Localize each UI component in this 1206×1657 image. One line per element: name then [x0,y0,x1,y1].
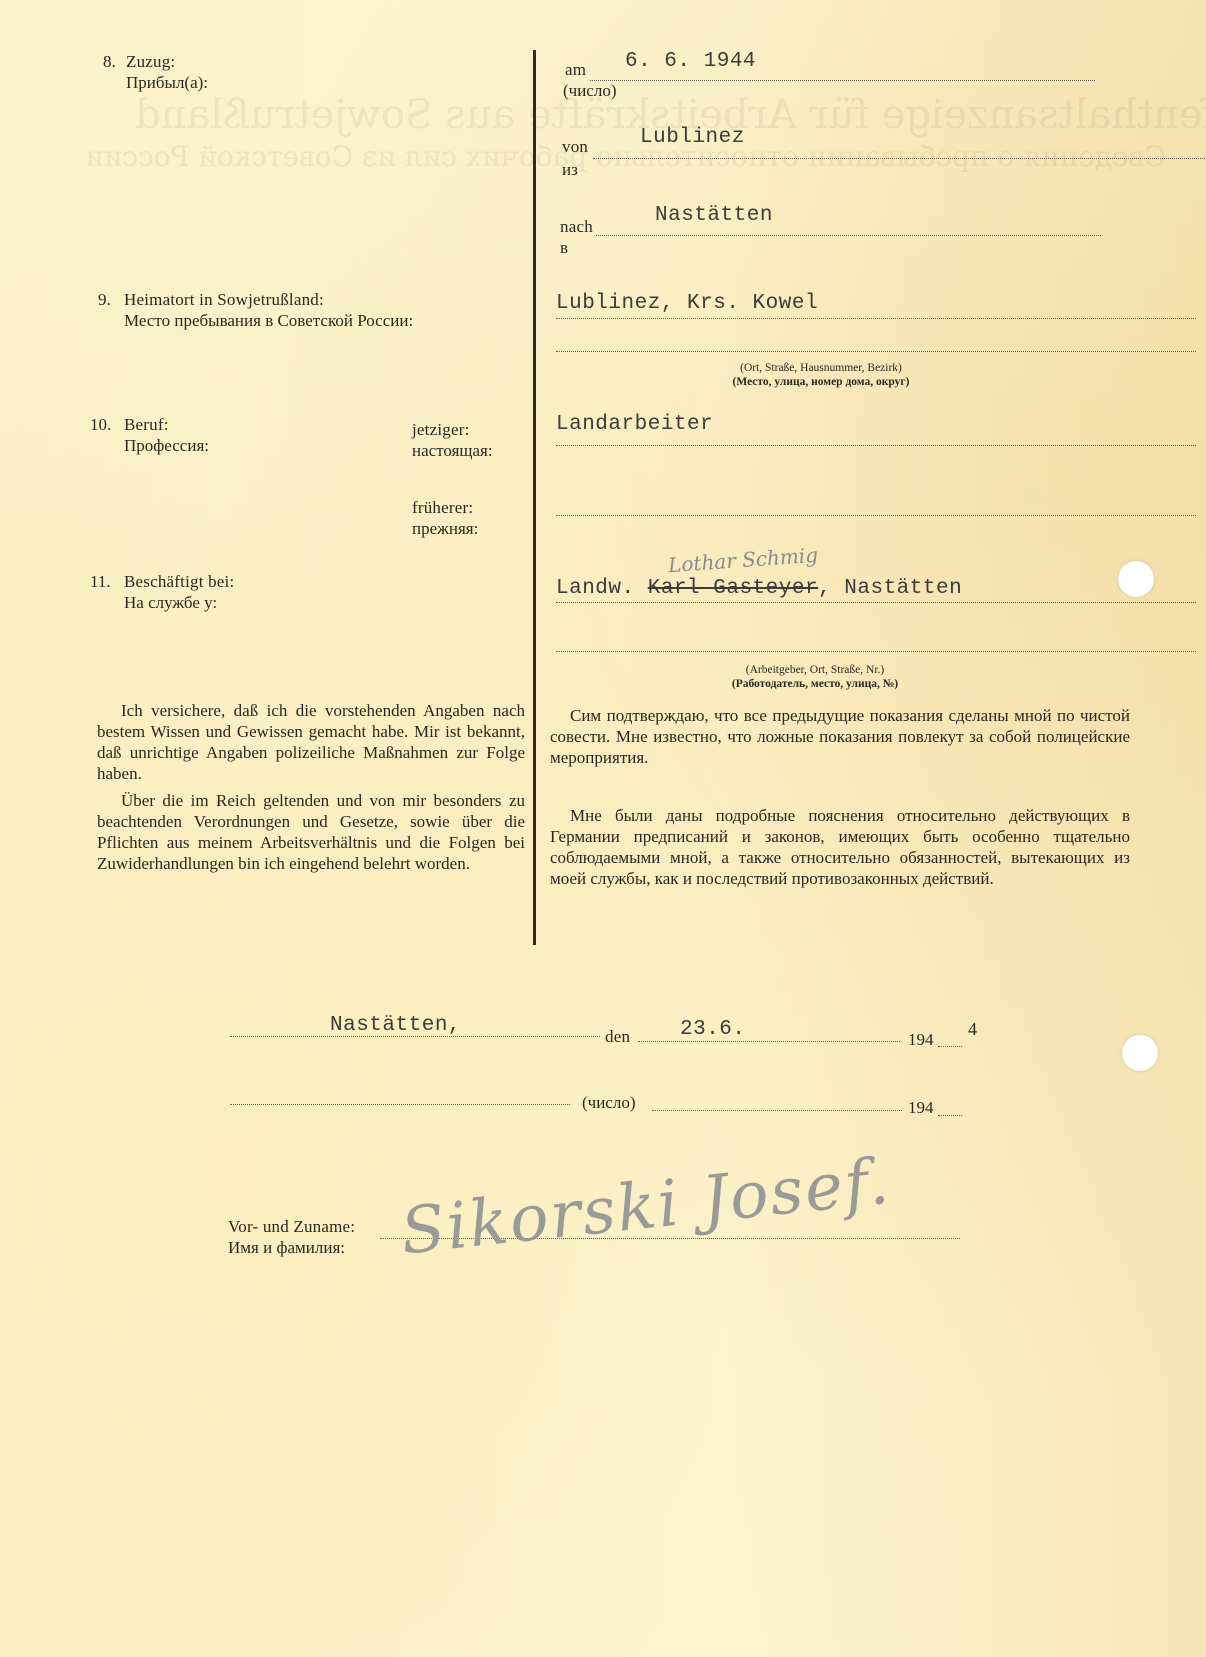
item10-current-value[interactable]: Landarbeiter [556,413,713,436]
item9-line-1 [556,318,1196,319]
item8-von-line [593,158,1205,159]
item9-label-de: Heimatort in Sowjetrußland: [124,290,324,310]
item11-label-de: Beschäftigt bei: [124,572,234,592]
declaration-ru-p1: Сим подтверждаю, что все предыдущие пока… [550,705,1130,768]
item9-line-2 [556,351,1196,352]
ru-year-line [938,1115,962,1116]
item11-prefix: Landw. [556,577,635,600]
item8-nach-sub: в [560,238,568,258]
signature-label-de: Vor- und Zuname: [228,1217,355,1237]
item8-am-sub: (число) [563,81,617,101]
date-value[interactable]: 23.6. [680,1018,746,1041]
year-suffix-value[interactable]: 4 [968,1019,977,1039]
signature-label-ru: Имя и фамилия: [228,1238,345,1258]
declaration-de-p2: Über die im Reich geltenden und von mir … [97,790,525,874]
item11-number: 11. [90,572,111,592]
item9-label-ru: Место пребывания в Советской России: [124,311,413,331]
item11-line-1 [556,602,1196,603]
declaration-de-p1: Ich versichere, daß ich die vorstehenden… [97,700,525,784]
item10-current-line [556,445,1196,446]
item9-number: 9. [98,290,111,310]
item11-employer-value[interactable]: Landw. Karl Gasteyer, Nastätten [556,577,962,600]
place-value[interactable]: Nastätten, [330,1014,461,1037]
item10-former-label-ru: прежняя: [412,519,478,539]
item11-suffix: , Nastätten [818,577,962,600]
item11-caption-ru: (Работодатель, место, улица, №) [540,678,1090,691]
item11-caption-de: (Arbeitgeber, Ort, Straße, Nr.) [540,664,1090,677]
item8-number: 8. [103,52,116,72]
item10-number: 10. [90,415,111,435]
ru-year-prefix: 194 [908,1098,934,1118]
item10-label-de: Beruf: [124,415,169,435]
item10-current-label-ru: настоящая: [412,441,493,461]
den-label: den [605,1027,630,1047]
item10-label-ru: Профессия: [124,436,209,456]
item11-struck-name: Karl Gasteyer [648,577,818,600]
item8-from-value[interactable]: Lublinez [640,126,745,149]
item8-von-label: von [562,137,588,157]
item8-arrival-date[interactable]: 6. 6. 1944 [625,50,756,73]
bleed-through-title-ru: Сведения о пребывании относительно рабоч… [85,140,1166,173]
item9-home-value[interactable]: Lublinez, Krs. Kowel [556,292,818,315]
item8-am-line [590,80,1095,81]
punch-hole-top [1118,561,1154,597]
item8-label-ru: Прибыл(а): [126,73,208,93]
item8-am-label: am [565,60,586,80]
signature-handwritten: Sikorski Josef. [397,1145,893,1270]
item8-label-de: Zuzug: [126,52,175,72]
ru-date-line [652,1110,902,1111]
column-divider [533,50,536,945]
item9-caption-ru: (Место, улица, номер дома, округ) [556,376,1086,389]
item8-to-value[interactable]: Nastätten [655,204,773,227]
year-line [938,1046,962,1047]
item9-caption-de: (Ort, Straße, Hausnummer, Bezirk) [556,362,1086,375]
item11-handwritten-correction: Lothar Schmig [667,543,818,577]
ru-place-line [230,1104,570,1105]
punch-hole-bottom [1122,1035,1158,1071]
item10-former-line [556,515,1196,516]
item11-label-ru: На службе у: [124,593,217,613]
item10-former-label-de: früherer: [412,498,473,518]
item8-nach-line [596,235,1101,236]
item11-line-2 [556,651,1196,652]
date-line [638,1041,900,1042]
item8-von-sub: из [562,160,578,180]
declaration-ru-p2: Мне были даны подробные пояснения относи… [550,805,1130,889]
year-prefix: 194 [908,1030,934,1050]
item10-current-label-de: jetziger: [412,420,470,440]
item8-nach-label: nach [560,217,593,237]
ru-date-label: (число) [582,1093,636,1113]
